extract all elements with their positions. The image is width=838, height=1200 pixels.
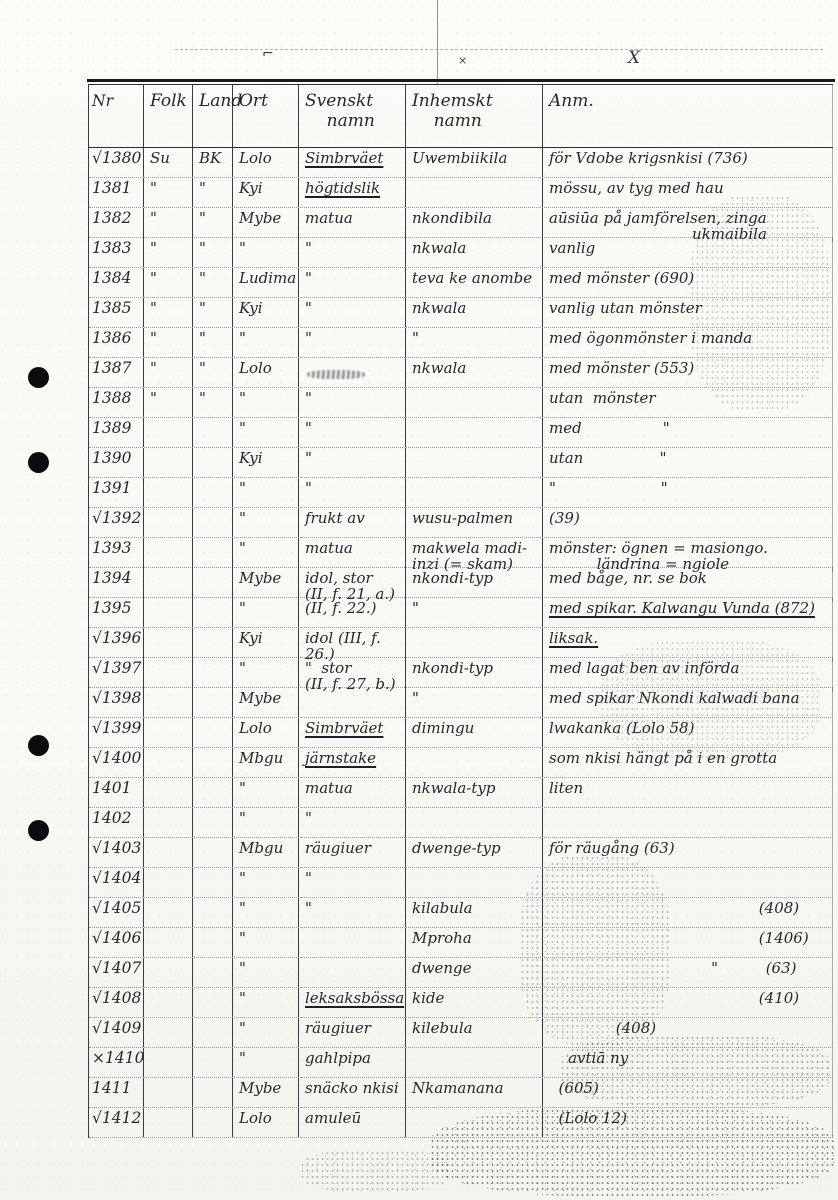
cell-anm: " (63)	[543, 958, 833, 987]
cell-nr: 1402	[89, 808, 144, 837]
cell-inhemskt-namn: dimingu	[406, 718, 543, 747]
cell-inhemskt-namn: kilebula	[406, 1018, 543, 1047]
cell-inhemskt-namn: "	[406, 688, 543, 717]
cell-folk	[144, 448, 193, 477]
cell-ort: "	[233, 508, 299, 537]
cell-ort: Kyi	[233, 178, 299, 207]
cell-ort: Mybe	[233, 1078, 299, 1107]
cell-folk	[144, 838, 193, 867]
cell-folk	[144, 598, 193, 627]
cell-inhemskt-namn	[406, 868, 543, 897]
cell-land	[193, 598, 233, 627]
cell-nr: √1380	[89, 148, 144, 177]
cell-land: "	[193, 298, 233, 327]
cell-folk	[144, 958, 193, 987]
cell-ort: Lolo	[233, 148, 299, 177]
cell-land	[193, 778, 233, 807]
cell-land: "	[193, 328, 233, 357]
table-row: ×1410 " gahlpipa avtiā ny	[89, 1048, 833, 1078]
cell-inhemskt-namn: nkwala	[406, 358, 543, 387]
cell-ort: "	[233, 538, 299, 572]
cell-ort: "	[233, 1048, 299, 1077]
cell-folk: "	[144, 268, 193, 297]
cell-nr: 1388	[89, 388, 144, 417]
table-row: 1393 " matua makwela madi- inzi (= skam)…	[89, 538, 833, 568]
cell-anm: (408)	[543, 898, 833, 927]
header-cell-svenskt-namn: Svenskt namn	[299, 85, 406, 147]
cell-ort: "	[233, 778, 299, 807]
table-row: 1411 Mybe snäcko nkisi Nkamanana (605)	[89, 1078, 833, 1108]
cell-svenskt-namn: "	[299, 418, 406, 447]
cell-anm: med spikar Nkondi kalwadi bana	[543, 688, 833, 717]
table-row: √1404 " "	[89, 868, 833, 898]
cell-land: "	[193, 208, 233, 242]
cell-nr: 1385	[89, 298, 144, 327]
cell-ort: Lolo	[233, 358, 299, 387]
cell-anm: (408)	[543, 1018, 833, 1047]
header-cell-inhemskt-namn: Inhemskt namn	[406, 85, 543, 147]
table-row: 1386 " " " " " med ögonmönster i manda	[89, 328, 833, 358]
cell-nr: 1386	[89, 328, 144, 357]
cell-ort: "	[233, 658, 299, 692]
cell-svenskt-namn: "	[299, 268, 406, 297]
cell-svenskt-namn: idol, stor (II, f. 21, a.)	[299, 568, 406, 602]
noise-patch	[300, 1150, 450, 1192]
cell-land	[193, 658, 233, 692]
cell-nr: 1382	[89, 208, 144, 242]
cell-inhemskt-namn	[406, 478, 543, 507]
cell-svenskt-namn: matua	[299, 778, 406, 807]
cell-folk	[144, 688, 193, 717]
cell-land	[193, 898, 233, 927]
cell-svenskt-namn: räugiuer	[299, 838, 406, 867]
table-row: √1412 Lolo amuleū (Lolo 12)	[89, 1108, 833, 1138]
cell-inhemskt-namn	[406, 808, 543, 837]
cell-svenskt-namn: "	[299, 238, 406, 267]
cell-nr: 1389	[89, 418, 144, 447]
cell-anm: lwakanka (Lolo 58)	[543, 718, 833, 747]
header-row: Nr Folk Land Ort Svenskt namn Inhemskt n…	[89, 85, 833, 148]
cell-inhemskt-namn: kide	[406, 988, 543, 1017]
cell-land	[193, 1048, 233, 1077]
cell-land: "	[193, 178, 233, 207]
cell-folk: "	[144, 328, 193, 357]
cell-land	[193, 718, 233, 747]
cell-svenskt-namn: matua	[299, 538, 406, 572]
cell-land	[193, 838, 233, 867]
table-row: √1406 " Mproha (1406)	[89, 928, 833, 958]
cell-svenskt-namn: järnstake	[299, 748, 406, 777]
cell-anm: liksak.	[543, 628, 833, 662]
cell-land: "	[193, 358, 233, 387]
cell-folk	[144, 1048, 193, 1077]
cell-nr: 1381	[89, 178, 144, 207]
cell-folk	[144, 1078, 193, 1107]
cell-ort: "	[233, 418, 299, 447]
cell-nr: 1391	[89, 478, 144, 507]
table-row: √1403 Mbgu räugiuer dwenge-typ för räugå…	[89, 838, 833, 868]
cell-inhemskt-namn	[406, 628, 543, 662]
cell-land	[193, 1108, 233, 1137]
cell-land: "	[193, 268, 233, 297]
cell-folk: "	[144, 358, 193, 387]
cell-land	[193, 1078, 233, 1107]
cell-folk	[144, 1018, 193, 1047]
cell-svenskt-namn	[299, 958, 406, 987]
cell-inhemskt-namn: nkondi-typ	[406, 658, 543, 692]
cell-anm: med "	[543, 418, 833, 447]
cell-inhemskt-namn	[406, 1108, 543, 1137]
cell-land	[193, 538, 233, 572]
cell-anm: med ögonmönster i manda	[543, 328, 833, 357]
cell-folk	[144, 1108, 193, 1137]
cell-ort: "	[233, 808, 299, 837]
table-row: 1391 " " " "	[89, 478, 833, 508]
cell-nr: √1398	[89, 688, 144, 717]
cell-svenskt-namn: frukt av	[299, 508, 406, 537]
header-cell-anm: Anm.	[543, 85, 833, 147]
cell-svenskt-namn: "	[299, 898, 406, 927]
header-cell-nr: Nr	[89, 85, 144, 147]
cell-land	[193, 448, 233, 477]
cell-folk	[144, 988, 193, 1017]
cell-svenskt-namn: "	[299, 388, 406, 417]
cell-inhemskt-namn	[406, 388, 543, 417]
cell-folk: "	[144, 388, 193, 417]
cell-anm: avtiā ny	[543, 1048, 833, 1077]
cell-anm: utan mönster	[543, 388, 833, 417]
table-body: √1380 Su BK Lolo Simbrväet Uwembiikila f…	[89, 148, 833, 1138]
cell-anm: (605)	[543, 1078, 833, 1107]
cell-ort: "	[233, 598, 299, 627]
cell-inhemskt-namn	[406, 448, 543, 477]
cell-anm	[543, 808, 833, 837]
cell-ort: Mybe	[233, 568, 299, 602]
cell-inhemskt-namn: kilabula	[406, 898, 543, 927]
cell-anm: med lagat ben av införda	[543, 658, 833, 692]
cell-ort: Mbgu	[233, 748, 299, 777]
cell-land: BK	[193, 148, 233, 177]
hole-punch	[28, 367, 49, 388]
cell-nr: √1400	[89, 748, 144, 777]
cell-nr: 1393	[89, 538, 144, 572]
cell-land: "	[193, 238, 233, 267]
cell-anm	[543, 868, 833, 897]
cell-anm: " "	[543, 478, 833, 507]
cell-svenskt-namn: "	[299, 328, 406, 357]
table-row: √1380 Su BK Lolo Simbrväet Uwembiikila f…	[89, 148, 833, 178]
cell-folk: "	[144, 208, 193, 242]
table-row: √1396 Kyi idol (III, f. 26.) liksak.	[89, 628, 833, 658]
cell-svenskt-namn: matua	[299, 208, 406, 242]
cell-inhemskt-namn: nkondibila	[406, 208, 543, 242]
cell-folk	[144, 868, 193, 897]
cell-inhemskt-namn: nkondi-typ	[406, 568, 543, 602]
table-row: 1385 " " Kyi " nkwala vanlig utan mönste…	[89, 298, 833, 328]
table-row: 1387 " " Lolo nkwala med mönster (553)	[89, 358, 833, 388]
cell-folk	[144, 538, 193, 572]
cell-nr: √1403	[89, 838, 144, 867]
cell-ort: "	[233, 868, 299, 897]
cell-svenskt-namn: (II, f. 22.)	[299, 598, 406, 627]
cell-svenskt-namn: " stor (II, f. 27, b.)	[299, 658, 406, 692]
cell-land	[193, 1018, 233, 1047]
table-row: √1392 " frukt av wusu-palmen (39)	[89, 508, 833, 538]
cell-folk	[144, 628, 193, 662]
cell-land	[193, 688, 233, 717]
cell-land	[193, 748, 233, 777]
cell-land	[193, 988, 233, 1017]
cell-folk	[144, 898, 193, 927]
cell-ort: Kyi	[233, 298, 299, 327]
cell-nr: 1394	[89, 568, 144, 602]
cell-land	[193, 508, 233, 537]
cell-anm: (Lolo 12)	[543, 1108, 833, 1137]
cell-land: "	[193, 388, 233, 417]
cell-anm: (410)	[543, 988, 833, 1017]
cell-inhemskt-namn	[406, 418, 543, 447]
cell-ort: "	[233, 238, 299, 267]
cell-inhemskt-namn: "	[406, 598, 543, 627]
cell-svenskt-namn: gahlpipa	[299, 1048, 406, 1077]
cell-land	[193, 808, 233, 837]
cell-inhemskt-namn	[406, 1048, 543, 1077]
cell-folk: Su	[144, 148, 193, 177]
cell-ort: "	[233, 1018, 299, 1047]
cell-folk	[144, 778, 193, 807]
cell-anm: för räugång (63)	[543, 838, 833, 867]
hole-punch	[28, 735, 49, 756]
hole-punch	[28, 452, 49, 473]
cell-nr: √1407	[89, 958, 144, 987]
cell-inhemskt-namn: Uwembiikila	[406, 148, 543, 177]
cell-folk	[144, 658, 193, 692]
cell-ort: Lolo	[233, 1108, 299, 1137]
cell-nr: √1406	[89, 928, 144, 957]
cell-folk: "	[144, 178, 193, 207]
cell-nr: 1390	[89, 448, 144, 477]
cell-anm: liten	[543, 778, 833, 807]
cell-nr: 1395	[89, 598, 144, 627]
table-row: 1389 " " med "	[89, 418, 833, 448]
cell-inhemskt-namn: dwenge-typ	[406, 838, 543, 867]
table-row: √1400 Mbgu järnstake som nkisi hängt på …	[89, 748, 833, 778]
cell-svenskt-namn: amuleū	[299, 1108, 406, 1137]
cell-nr: 1384	[89, 268, 144, 297]
cell-anm: (1406)	[543, 928, 833, 957]
cell-inhemskt-namn: Mproha	[406, 928, 543, 957]
cell-nr: √1409	[89, 1018, 144, 1047]
cell-svenskt-namn: Simbrväet	[299, 148, 406, 177]
table-row: √1409 " räugiuer kilebula (408)	[89, 1018, 833, 1048]
cell-folk	[144, 478, 193, 507]
cell-inhemskt-namn: makwela madi- inzi (= skam)	[406, 538, 543, 572]
pen-mark-left: ⌐	[262, 46, 274, 62]
catalog-table: Nr Folk Land Ort Svenskt namn Inhemskt n…	[88, 84, 833, 1138]
table-row: 1381 " " Kyi högtidslik mössu, av tyg me…	[89, 178, 833, 208]
cell-inhemskt-namn: dwenge	[406, 958, 543, 987]
table-row: 1394 Mybe idol, stor (II, f. 21, a.) nko…	[89, 568, 833, 598]
cell-inhemskt-namn: nkwala	[406, 238, 543, 267]
cell-svenskt-namn: snäcko nkisi	[299, 1078, 406, 1107]
cell-svenskt-namn	[299, 928, 406, 957]
table-row: 1395 " (II, f. 22.) " med spikar. Kalwan…	[89, 598, 833, 628]
cell-ort: Mybe	[233, 688, 299, 717]
cell-ort: "	[233, 928, 299, 957]
cell-ort: "	[233, 898, 299, 927]
cell-anm: vanlig	[543, 238, 833, 267]
cell-nr: √1408	[89, 988, 144, 1017]
cell-nr: √1399	[89, 718, 144, 747]
cell-inhemskt-namn: wusu-palmen	[406, 508, 543, 537]
cell-nr: √1396	[89, 628, 144, 662]
cell-land	[193, 418, 233, 447]
cell-folk	[144, 508, 193, 537]
cell-anm: mössu, av tyg med hau	[543, 178, 833, 207]
cell-svenskt-namn: räugiuer	[299, 1018, 406, 1047]
table-row: 1402 " "	[89, 808, 833, 838]
cell-anm: med mönster (553)	[543, 358, 833, 387]
cell-svenskt-namn: "	[299, 868, 406, 897]
table-row: 1390 Kyi " utan "	[89, 448, 833, 478]
cell-svenskt-namn: idol (III, f. 26.)	[299, 628, 406, 662]
fold-line	[437, 0, 438, 84]
cell-svenskt-namn: leksaksbössa	[299, 988, 406, 1017]
cell-ort: Lolo	[233, 718, 299, 747]
table-row: 1401 " matua nkwala-typ liten	[89, 778, 833, 808]
table-row: √1397 " " stor (II, f. 27, b.) nkondi-ty…	[89, 658, 833, 688]
cell-anm: mönster: ögnen = masiongo. ländrina = ng…	[543, 538, 833, 572]
cell-anm: för Vdobe krigsnkisi (736)	[543, 148, 833, 177]
table-row: √1399 Lolo Simbrväet dimingu lwakanka (L…	[89, 718, 833, 748]
cell-nr: √1412	[89, 1108, 144, 1137]
table-row: √1408 " leksaksbössa kide (410)	[89, 988, 833, 1018]
table-row: √1405 " " kilabula (408)	[89, 898, 833, 928]
cell-inhemskt-namn: nkwala	[406, 298, 543, 327]
cell-ort: Ludima	[233, 268, 299, 297]
cell-anm: utan "	[543, 448, 833, 477]
cell-nr: 1401	[89, 778, 144, 807]
cell-ort: Mybe	[233, 208, 299, 242]
cell-nr: √1392	[89, 508, 144, 537]
cell-land	[193, 928, 233, 957]
cell-folk	[144, 418, 193, 447]
cell-svenskt-namn: högtidslik	[299, 178, 406, 207]
header-cell-ort: Ort	[233, 85, 299, 147]
table-row: 1388 " " " " utan mönster	[89, 388, 833, 418]
cell-svenskt-namn	[299, 358, 406, 387]
cell-nr: 1387	[89, 358, 144, 387]
cell-ort: "	[233, 328, 299, 357]
cell-anm: som nkisi hängt på i en grotta	[543, 748, 833, 777]
cell-ort: Kyi	[233, 448, 299, 477]
cell-inhemskt-namn	[406, 748, 543, 777]
cell-nr: 1383	[89, 238, 144, 267]
cell-svenskt-namn	[299, 688, 406, 717]
table-row: √1398 Mybe " med spikar Nkondi kalwadi b…	[89, 688, 833, 718]
cell-ort: Mbgu	[233, 838, 299, 867]
cell-folk	[144, 808, 193, 837]
cell-ort: Kyi	[233, 628, 299, 662]
table-row: √1407 " dwenge " (63)	[89, 958, 833, 988]
cell-ort: "	[233, 388, 299, 417]
table-row: 1382 " " Mybe matua nkondibila aūsiūa på…	[89, 208, 833, 238]
cell-svenskt-namn: "	[299, 448, 406, 477]
cell-anm: vanlig utan mönster	[543, 298, 833, 327]
cell-folk	[144, 748, 193, 777]
cell-land	[193, 628, 233, 662]
cell-inhemskt-namn: "	[406, 328, 543, 357]
cell-inhemskt-namn: teva ke anombe	[406, 268, 543, 297]
cell-svenskt-namn: "	[299, 478, 406, 507]
scanned-document-page: ⌐ × X Nr Folk Land Ort Svenskt namn Inhe…	[0, 0, 838, 1200]
header-cell-land: Land	[193, 85, 233, 147]
cell-nr: √1404	[89, 868, 144, 897]
cell-land	[193, 958, 233, 987]
cell-anm: (39)	[543, 508, 833, 537]
cell-folk	[144, 928, 193, 957]
pen-mark-mid: ×	[458, 54, 467, 67]
cell-ort: "	[233, 988, 299, 1017]
cell-ort: "	[233, 478, 299, 507]
cell-folk: "	[144, 238, 193, 267]
cell-inhemskt-namn	[406, 178, 543, 207]
cell-anm: aūsiūa på jamförelsen, zinga ukmaibila	[543, 208, 833, 242]
cell-svenskt-namn: Simbrväet	[299, 718, 406, 747]
cell-land	[193, 478, 233, 507]
cell-anm: med spikar. Kalwangu Vunda (872)	[543, 598, 833, 627]
cell-land	[193, 568, 233, 602]
cell-svenskt-namn: "	[299, 298, 406, 327]
cell-anm: med båge, nr. se bok	[543, 568, 833, 602]
pen-mark-right: X	[628, 48, 640, 68]
table-row: 1384 " " Ludima " teva ke anombe med mön…	[89, 268, 833, 298]
cell-inhemskt-namn: Nkamanana	[406, 1078, 543, 1107]
header-cell-folk: Folk	[144, 85, 193, 147]
cell-folk	[144, 718, 193, 747]
cell-nr: √1397	[89, 658, 144, 692]
hole-punch	[28, 820, 49, 841]
cell-svenskt-namn: "	[299, 808, 406, 837]
cell-land	[193, 868, 233, 897]
cell-folk	[144, 568, 193, 602]
cell-nr: ×1410	[89, 1048, 144, 1077]
cell-nr: √1405	[89, 898, 144, 927]
table-row: 1383 " " " " nkwala vanlig	[89, 238, 833, 268]
cell-ort: "	[233, 958, 299, 987]
cell-anm: med mönster (690)	[543, 268, 833, 297]
cell-inhemskt-namn: nkwala-typ	[406, 778, 543, 807]
cell-folk: "	[144, 298, 193, 327]
cell-nr: 1411	[89, 1078, 144, 1107]
